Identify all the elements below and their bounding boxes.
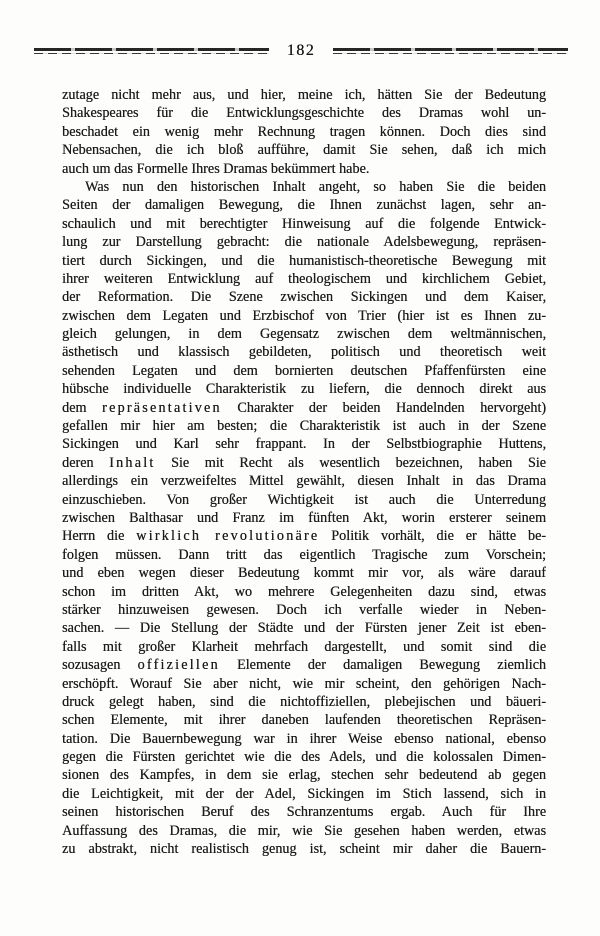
text-line: Auffassung des Dramas, die mir, wie Sie … [62, 822, 546, 840]
text-segment: dem [62, 400, 102, 416]
text-line: schon im dritten Akt, wo mehrere Gelegen… [62, 583, 546, 601]
text-line: zwischen dem Legaten und Erzbischof von … [62, 307, 546, 325]
text-segment: gegen die Fürsten gerichtet wie die des … [62, 749, 546, 765]
text-segment: schen Elemente, mit ihrer daneben laufen… [62, 712, 546, 728]
text-segment: hübsche individuelle Charakteristik zu l… [62, 381, 546, 397]
text-segment: Charakter der beiden Handelnden hervorge… [222, 400, 546, 416]
text-line: die Leichtigkeit, mit der der Adel, Sick… [62, 785, 546, 803]
text-segment: Sie mit Recht als wesentlich bezeichnen,… [155, 455, 546, 471]
text-line: allerdings ein verzweifeltes Mittel gewä… [62, 472, 546, 490]
text-line: dem repräsentativen Charakter der beiden… [62, 399, 546, 417]
text-segment: Nebensachen, die ich bloß aufführe, dami… [62, 142, 546, 158]
book-page: 182 zutage nicht mehr aus, und hier, mei… [0, 0, 600, 936]
text-line: Sickingen und Karl sehr frappant. In der… [62, 435, 546, 453]
text-line: sachen. — Die Stellung der Städte und de… [62, 619, 546, 637]
text-segment: sozusagen [62, 657, 138, 673]
emphasized-text: repräsentativen [102, 400, 222, 416]
emphasized-text: Inhalt [109, 455, 155, 471]
text-line: folgen müssen. Dann tritt das eigentlich… [62, 546, 546, 564]
header-rule-left [34, 48, 269, 53]
text-line: Seiten der damaligen Bewegung, die Ihnen… [62, 196, 546, 214]
text-segment: druck gelegt haben, sind die nichtoffizi… [62, 694, 546, 710]
text-line: einzuschieben. Von großer Wichtigkeit is… [62, 491, 546, 509]
header-rule-right [333, 48, 568, 53]
text-line: tiert durch Sickingen, und die humanisti… [62, 252, 546, 270]
text-segment: Sickingen und Karl sehr frappant. In der… [62, 436, 546, 452]
text-segment: gefallen mir hier am besten; die Charakt… [62, 418, 546, 434]
text-line: und eben wegen dieser Bedeutung kommt mi… [62, 564, 546, 582]
text-line: schaulich und mit berechtigter Hinweisun… [62, 215, 546, 233]
text-segment: der Reformation. Die Szene zwischen Sick… [62, 289, 546, 305]
text-segment: einzuschieben. Von großer Wichtigkeit is… [62, 492, 546, 508]
text-line: beschadet ein wenig mehr Rechnung tragen… [62, 123, 546, 141]
text-line: schen Elemente, mit ihrer daneben laufen… [62, 711, 546, 729]
text-segment: tation. Die Bauernbewegung war in ihrer … [62, 731, 546, 747]
text-segment: seinen historischen Beruf des Schranzent… [62, 804, 546, 820]
text-line: zutage nicht mehr aus, und hier, meine i… [62, 86, 546, 104]
text-line: tation. Die Bauernbewegung war in ihrer … [62, 730, 546, 748]
text-line: Was nun den historischen Inhalt angeht, … [62, 178, 546, 196]
page-number: 182 [281, 42, 322, 60]
text-line: ästhetisch und klassisch gebildeten, pol… [62, 343, 546, 361]
text-segment: Shakespeares für die Entwicklungsgeschic… [62, 105, 546, 121]
emphasized-text: wirklich revolutionäre [136, 528, 319, 544]
text-line: der Reformation. Die Szene zwischen Sick… [62, 288, 546, 306]
text-line: zwischen Balthasar und Franz im fünften … [62, 509, 546, 527]
text-line: falls mit großer Klarheit mehrfach darge… [62, 638, 546, 656]
text-line: erschöpft. Worauf Sie aber nicht, wie mi… [62, 675, 546, 693]
text-segment: sionen des Kampfes, in dem sie erlag, st… [62, 767, 546, 783]
text-line: seinen historischen Beruf des Schranzent… [62, 803, 546, 821]
text-segment: sachen. — Die Stellung der Städte und de… [62, 620, 546, 636]
text-segment: stärker hinzuweisen gewesen. Doch ich ve… [62, 602, 546, 618]
text-segment: zwischen Balthasar und Franz im fünften … [62, 510, 546, 526]
text-line: stärker hinzuweisen gewesen. Doch ich ve… [62, 601, 546, 619]
text-segment: Herrn die [62, 528, 136, 544]
text-line: druck gelegt haben, sind die nichtoffizi… [62, 693, 546, 711]
text-segment: falls mit großer Klarheit mehrfach darge… [62, 639, 546, 655]
body-text: zutage nicht mehr aus, und hier, meine i… [62, 86, 546, 858]
text-segment: schon im dritten Akt, wo mehrere Gelegen… [62, 584, 546, 600]
text-line: gleich gelungen, in dem Gegensatz zwisch… [62, 325, 546, 343]
text-segment: Was nun den historischen Inhalt angeht, … [85, 179, 546, 195]
text-segment: gleich gelungen, in dem Gegensatz zwisch… [62, 326, 546, 342]
text-segment: erschöpft. Worauf Sie aber nicht, wie mi… [62, 676, 546, 692]
text-segment: Politik vorhält, die er hätte be- [319, 528, 546, 544]
text-segment: allerdings ein verzweifeltes Mittel gewä… [62, 473, 546, 489]
text-segment: die Leichtigkeit, mit der der Adel, Sick… [62, 786, 546, 802]
text-segment: zutage nicht mehr aus, und hier, meine i… [62, 87, 546, 103]
text-segment: auch um das Formelle Ihres Dramas bekümm… [62, 161, 369, 177]
emphasized-text: offiziellen [138, 657, 220, 673]
text-line: ihrer weiteren Entwicklung auf theologis… [62, 270, 546, 288]
text-line: sozusagen offiziellen Elemente der damal… [62, 656, 546, 674]
text-line: gefallen mir hier am besten; die Charakt… [62, 417, 546, 435]
text-segment: sehenden Legaten und dem bornierten deut… [62, 363, 546, 379]
text-segment: Elemente der damaligen Bewegung ziemlich [220, 657, 546, 673]
text-segment: folgen müssen. Dann tritt das eigentlich… [62, 547, 546, 563]
text-line: sehenden Legaten und dem bornierten deut… [62, 362, 546, 380]
text-line: auch um das Formelle Ihres Dramas bekümm… [62, 160, 546, 178]
text-segment: und eben wegen dieser Bedeutung kommt mi… [62, 565, 546, 581]
text-line: Shakespeares für die Entwicklungsgeschic… [62, 104, 546, 122]
text-segment: ästhetisch und klassisch gebildeten, pol… [62, 344, 546, 360]
text-segment: lung zur Darstellung gebracht: die natio… [62, 234, 546, 250]
text-line: Nebensachen, die ich bloß aufführe, dami… [62, 141, 546, 159]
text-segment: ihrer weiteren Entwicklung auf theologis… [62, 271, 546, 287]
text-line: Herrn die wirklich revolutionäre Politik… [62, 527, 546, 545]
text-segment: zu abstrakt, nicht realistisch genug ist… [62, 841, 546, 857]
text-line: gegen die Fürsten gerichtet wie die des … [62, 748, 546, 766]
text-line: hübsche individuelle Charakteristik zu l… [62, 380, 546, 398]
text-line: lung zur Darstellung gebracht: die natio… [62, 233, 546, 251]
text-segment: schaulich und mit berechtigter Hinweisun… [62, 216, 546, 232]
text-segment: tiert durch Sickingen, und die humanisti… [62, 253, 546, 269]
text-segment: beschadet ein wenig mehr Rechnung tragen… [62, 124, 546, 140]
text-line: sionen des Kampfes, in dem sie erlag, st… [62, 766, 546, 784]
text-segment: deren [62, 455, 109, 471]
text-segment: Seiten der damaligen Bewegung, die Ihnen… [62, 197, 546, 213]
text-line: zu abstrakt, nicht realistisch genug ist… [62, 840, 546, 858]
text-segment: Auffassung des Dramas, die mir, wie Sie … [62, 823, 546, 839]
text-line: deren Inhalt Sie mit Recht als wesentlic… [62, 454, 546, 472]
page-header: 182 [34, 42, 568, 60]
text-segment: zwischen dem Legaten und Erzbischof von … [62, 308, 546, 324]
